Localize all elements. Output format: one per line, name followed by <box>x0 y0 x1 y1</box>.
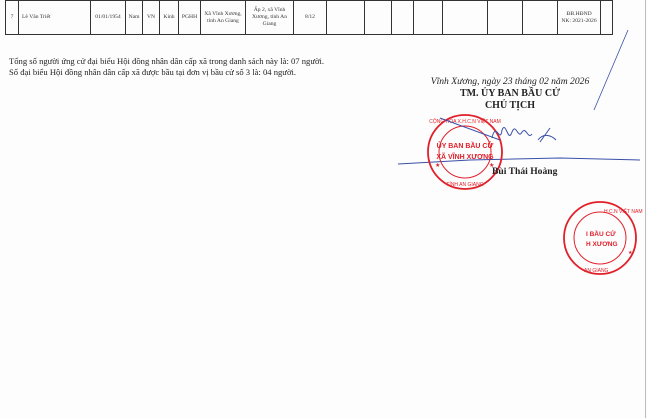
signer-name: Bùi Thái Hoàng <box>492 166 557 177</box>
partial-stamp-line-2: H XƯƠNG <box>586 241 618 248</box>
place-date: Vĩnh Xương, ngày 23 tháng 02 năm 2026 <box>395 76 625 87</box>
stamp-bottom-text: TỈNH AN GIANG <box>446 181 483 188</box>
pen-strokes <box>0 0 648 418</box>
partial-stamp-line-1: I BẦU CỬ <box>586 228 616 238</box>
partial-stamp: H.C.N VIỆT NAM I BẦU CỬ H XƯƠNG AN GIANG… <box>590 200 648 280</box>
partial-stamp-ring-text: H.C.N VIỆT NAM <box>604 207 643 215</box>
star-icon: ★ <box>435 162 440 169</box>
star-icon: ★ <box>628 250 633 256</box>
organization-title: TM. ỦY BAN BẦU CỬ <box>395 88 625 99</box>
partial-stamp-bottom-text: AN GIANG <box>584 268 609 274</box>
signature-scribble <box>440 110 560 160</box>
signature-block: Vĩnh Xương, ngày 23 tháng 02 năm 2026 TM… <box>395 76 625 111</box>
